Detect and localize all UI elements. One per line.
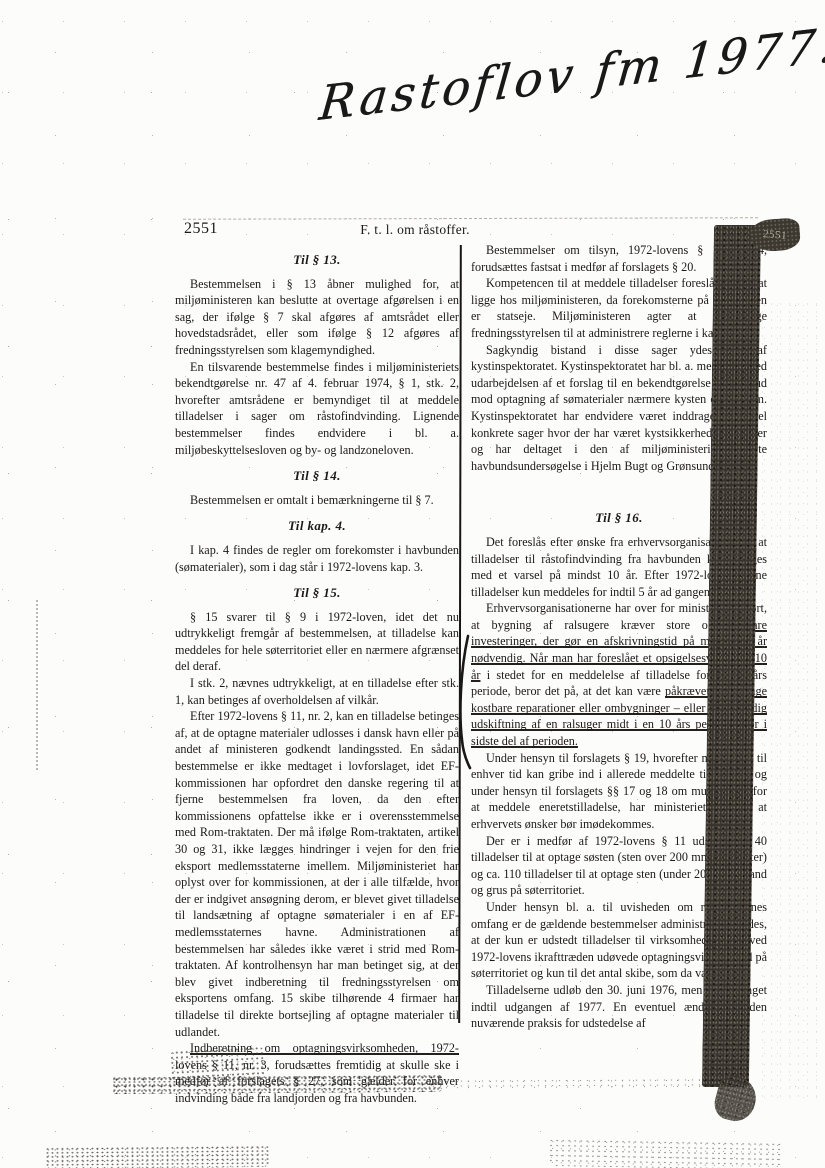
section-heading-til-13: Til § 13. bbox=[175, 252, 459, 269]
header-title: F. t. l. om råstoffer. bbox=[175, 222, 655, 238]
paragraph: I stk. 2, nævnes udtrykkeligt, at en til… bbox=[175, 675, 459, 708]
paragraph: Bestemmelsen i § 13 åbner mulighed for, … bbox=[175, 276, 459, 359]
margin-pen-mark bbox=[459, 634, 473, 770]
paragraph: En tilsvarende bestemmelse findes i milj… bbox=[175, 359, 459, 459]
section-heading-til-15: Til § 15. bbox=[175, 585, 459, 602]
scan-noise-strip-right bbox=[430, 1077, 730, 1089]
corner-page-number: 2551 bbox=[763, 228, 788, 242]
left-edge-scan-marks bbox=[36, 600, 40, 770]
left-column: Til § 13. Bestemmelsen i § 13 åbner muli… bbox=[175, 242, 459, 1107]
bottom-noise-patch-right bbox=[548, 1138, 783, 1168]
photocopy-edge-mottling bbox=[758, 300, 818, 1100]
scan-noise-strip-left bbox=[112, 1074, 442, 1094]
section-heading-til-kap-4: Til kap. 4. bbox=[175, 518, 459, 535]
bottom-noise-patch-left bbox=[45, 1145, 270, 1168]
section-heading-til-14: Til § 14. bbox=[175, 468, 459, 485]
handwritten-annotation: Rastoflov fm 1977. bbox=[317, 23, 789, 132]
paragraph: Efter 1972-lovens § 11, nr. 2, kan en ti… bbox=[175, 708, 459, 1040]
header-dashed-rule bbox=[183, 217, 758, 220]
left-column-bottom-smudge bbox=[169, 1046, 266, 1085]
paragraph: I kap. 4 findes de regler om forekomster… bbox=[175, 542, 459, 575]
paragraph: § 15 svarer til § 9 i 1972-loven, idet d… bbox=[175, 609, 459, 675]
paragraph: Bestemmelsen er omtalt i bemærkningerne … bbox=[175, 492, 459, 509]
scanned-document-page: { "annotations": { "handwriting": "Rasto… bbox=[0, 0, 825, 1168]
